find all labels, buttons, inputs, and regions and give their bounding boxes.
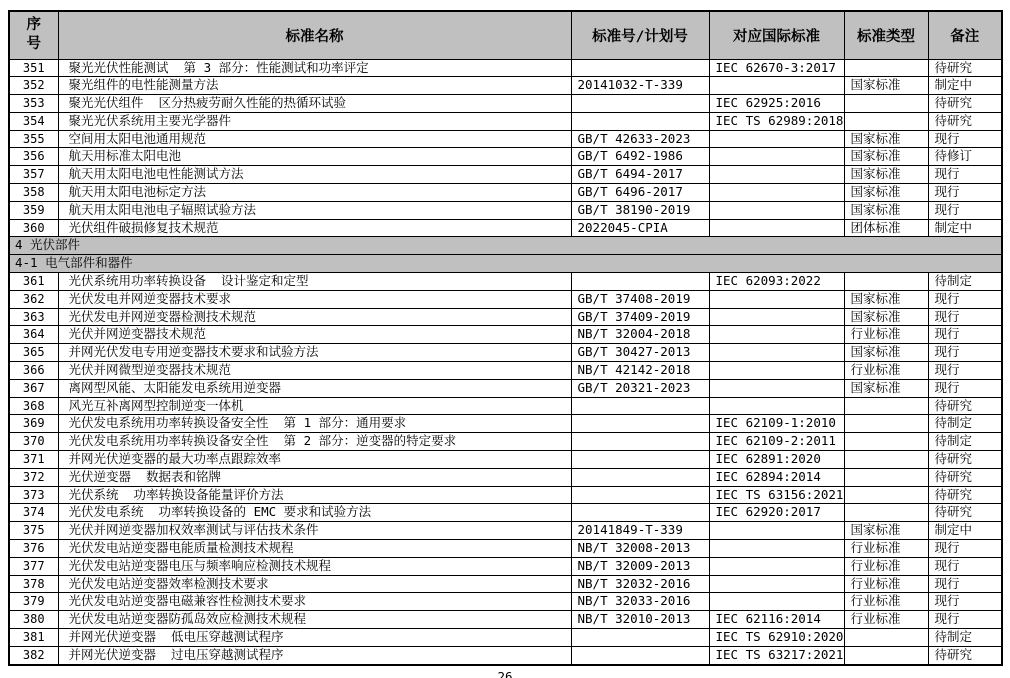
intl-standard-cell — [709, 362, 844, 380]
standard-number-cell: NB/T 42142-2018 — [571, 362, 709, 380]
table-row: 352聚光组件的电性能测量方法20141032-T-339国家标准制定中 — [9, 77, 1002, 95]
standard-number-cell: GB/T 38190-2019 — [571, 201, 709, 219]
serial-cell: 373 — [9, 486, 58, 504]
standard-name-cell: 离网型风能、太阳能发电系统用逆变器 — [58, 379, 571, 397]
standard-number-cell — [571, 504, 709, 522]
intl-standard-cell — [709, 344, 844, 362]
intl-standard-cell — [709, 77, 844, 95]
standard-type-cell: 团体标准 — [844, 219, 928, 237]
standard-type-cell: 行业标准 — [844, 611, 928, 629]
intl-standard-cell — [709, 593, 844, 611]
standard-number-cell: NB/T 32008-2013 — [571, 540, 709, 558]
standard-name-cell: 并网光伏逆变器的最大功率点跟踪效率 — [58, 451, 571, 469]
standards-table: 序号 标准名称 标准号/计划号 对应国际标准 标准类型 备注 351聚光光伏性能… — [8, 10, 1003, 666]
remark-cell: 现行 — [928, 166, 1002, 184]
table-row: 378光伏发电站逆变器效率检测技术要求NB/T 32032-2016行业标准现行 — [9, 575, 1002, 593]
header-intl-standard: 对应国际标准 — [709, 11, 844, 59]
standard-name-cell: 光伏发电并网逆变器检测技术规范 — [58, 308, 571, 326]
standard-name-cell: 并网光伏逆变器 低电压穿越测试程序 — [58, 629, 571, 647]
table-row: 365并网光伏发电专用逆变器技术要求和试验方法GB/T 30427-2013国家… — [9, 344, 1002, 362]
table-row: 372光伏逆变器 数据表和铭牌IEC 62894:2014待研究 — [9, 468, 1002, 486]
standard-number-cell: NB/T 32032-2016 — [571, 575, 709, 593]
standard-name-cell: 航天用太阳电池电性能测试方法 — [58, 166, 571, 184]
standard-type-cell: 国家标准 — [844, 522, 928, 540]
standard-number-cell: NB/T 32009-2013 — [571, 557, 709, 575]
remark-cell: 现行 — [928, 379, 1002, 397]
serial-cell: 360 — [9, 219, 58, 237]
standard-type-cell: 国家标准 — [844, 148, 928, 166]
intl-standard-cell — [709, 575, 844, 593]
table-row: 379光伏发电站逆变器电磁兼容性检测技术要求NB/T 32033-2016行业标… — [9, 593, 1002, 611]
table-row: 380光伏发电站逆变器防孤岛效应检测技术规程NB/T 32010-2013IEC… — [9, 611, 1002, 629]
section-label: 4-1 电气部件和器件 — [9, 255, 1002, 273]
intl-standard-cell: IEC TS 62910:2020 — [709, 629, 844, 647]
intl-standard-cell — [709, 522, 844, 540]
intl-standard-cell — [709, 557, 844, 575]
standard-name-cell: 并网光伏发电专用逆变器技术要求和试验方法 — [58, 344, 571, 362]
section-row: 4 光伏部件 — [9, 237, 1002, 255]
intl-standard-cell: IEC 62109-1:2010 — [709, 415, 844, 433]
serial-cell: 365 — [9, 344, 58, 362]
standard-type-cell — [844, 646, 928, 664]
remark-cell: 现行 — [928, 184, 1002, 202]
standard-number-cell — [571, 646, 709, 664]
serial-cell: 371 — [9, 451, 58, 469]
serial-cell: 366 — [9, 362, 58, 380]
serial-cell: 359 — [9, 201, 58, 219]
remark-cell: 待研究 — [928, 504, 1002, 522]
remark-cell: 待研究 — [928, 646, 1002, 664]
remark-cell: 待制定 — [928, 629, 1002, 647]
section-label: 4 光伏部件 — [9, 237, 1002, 255]
remark-cell: 现行 — [928, 344, 1002, 362]
standard-name-cell: 光伏发电站逆变器效率检测技术要求 — [58, 575, 571, 593]
serial-cell: 364 — [9, 326, 58, 344]
remark-cell: 待制定 — [928, 433, 1002, 451]
standard-type-cell — [844, 112, 928, 130]
standard-name-cell: 光伏逆变器 数据表和铭牌 — [58, 468, 571, 486]
serial-cell: 353 — [9, 95, 58, 113]
table-row: 363光伏发电并网逆变器检测技术规范GB/T 37409-2019国家标准现行 — [9, 308, 1002, 326]
serial-cell: 369 — [9, 415, 58, 433]
standard-name-cell: 聚光光伏系统用主要光学器件 — [58, 112, 571, 130]
intl-standard-cell: IEC 62894:2014 — [709, 468, 844, 486]
header-row: 序号 标准名称 标准号/计划号 对应国际标准 标准类型 备注 — [9, 11, 1002, 59]
standard-number-cell — [571, 433, 709, 451]
intl-standard-cell — [709, 308, 844, 326]
intl-standard-cell: IEC 62109-2:2011 — [709, 433, 844, 451]
standard-name-cell: 光伏发电站逆变器电磁兼容性检测技术要求 — [58, 593, 571, 611]
standard-name-cell: 风光互补离网型控制逆变一体机 — [58, 397, 571, 415]
standard-number-cell — [571, 59, 709, 77]
serial-cell: 357 — [9, 166, 58, 184]
standard-name-cell: 光伏发电系统用功率转换设备安全性 第 2 部分：逆变器的特定要求 — [58, 433, 571, 451]
standard-type-cell — [844, 95, 928, 113]
standard-number-cell: GB/T 37408-2019 — [571, 290, 709, 308]
serial-cell: 352 — [9, 77, 58, 95]
standard-name-cell: 光伏并网逆变器技术规范 — [58, 326, 571, 344]
table-row: 354聚光光伏系统用主要光学器件IEC TS 62989:2018待研究 — [9, 112, 1002, 130]
table-row: 355空间用太阳电池通用规范GB/T 42633-2023国家标准现行 — [9, 130, 1002, 148]
table-row: 356航天用标准太阳电池GB/T 6492-1986国家标准待修订 — [9, 148, 1002, 166]
standard-name-cell: 光伏发电系统 功率转换设备的 EMC 要求和试验方法 — [58, 504, 571, 522]
table-row: 377光伏发电站逆变器电压与频率响应检测技术规程NB/T 32009-2013行… — [9, 557, 1002, 575]
standard-name-cell: 光伏系统用功率转换设备 设计鉴定和定型 — [58, 273, 571, 291]
standard-name-cell: 光伏发电并网逆变器技术要求 — [58, 290, 571, 308]
serial-cell: 351 — [9, 59, 58, 77]
header-standard-name: 标准名称 — [58, 11, 571, 59]
standard-name-cell: 光伏系统 功率转换设备能量评价方法 — [58, 486, 571, 504]
standard-number-cell: 20141032-T-339 — [571, 77, 709, 95]
standard-number-cell — [571, 273, 709, 291]
remark-cell: 现行 — [928, 362, 1002, 380]
table-row: 364光伏并网逆变器技术规范NB/T 32004-2018行业标准现行 — [9, 326, 1002, 344]
standard-number-cell — [571, 451, 709, 469]
table-row: 353聚光光伏组件 区分热疲劳耐久性能的热循环试验IEC 62925:2016待… — [9, 95, 1002, 113]
standard-number-cell — [571, 415, 709, 433]
header-remark: 备注 — [928, 11, 1002, 59]
standard-type-cell: 国家标准 — [844, 379, 928, 397]
serial-cell: 379 — [9, 593, 58, 611]
table-row: 368风光互补离网型控制逆变一体机待研究 — [9, 397, 1002, 415]
standard-type-cell: 国家标准 — [844, 77, 928, 95]
table-row: 371并网光伏逆变器的最大功率点跟踪效率IEC 62891:2020待研究 — [9, 451, 1002, 469]
remark-cell: 现行 — [928, 201, 1002, 219]
serial-cell: 355 — [9, 130, 58, 148]
intl-standard-cell — [709, 397, 844, 415]
standard-type-cell: 行业标准 — [844, 540, 928, 558]
remark-cell: 待研究 — [928, 112, 1002, 130]
header-serial-number: 序号 — [9, 11, 58, 59]
serial-cell: 361 — [9, 273, 58, 291]
standard-number-cell: GB/T 6492-1986 — [571, 148, 709, 166]
standard-type-cell: 行业标准 — [844, 362, 928, 380]
intl-standard-cell — [709, 184, 844, 202]
standard-name-cell: 空间用太阳电池通用规范 — [58, 130, 571, 148]
standard-name-cell: 光伏发电系统用功率转换设备安全性 第 1 部分：通用要求 — [58, 415, 571, 433]
remark-cell: 待研究 — [928, 451, 1002, 469]
table-row: 376光伏发电站逆变器电能质量检测技术规程NB/T 32008-2013行业标准… — [9, 540, 1002, 558]
table-row: 369光伏发电系统用功率转换设备安全性 第 1 部分：通用要求IEC 62109… — [9, 415, 1002, 433]
serial-cell: 381 — [9, 629, 58, 647]
header-standard-type: 标准类型 — [844, 11, 928, 59]
intl-standard-cell: IEC 62920:2017 — [709, 504, 844, 522]
standard-type-cell — [844, 468, 928, 486]
serial-cell: 377 — [9, 557, 58, 575]
intl-standard-cell: IEC TS 62989:2018 — [709, 112, 844, 130]
standard-type-cell: 国家标准 — [844, 344, 928, 362]
remark-cell: 制定中 — [928, 77, 1002, 95]
remark-cell: 现行 — [928, 575, 1002, 593]
standard-number-cell: NB/T 32004-2018 — [571, 326, 709, 344]
standard-type-cell: 行业标准 — [844, 593, 928, 611]
intl-standard-cell — [709, 326, 844, 344]
standard-type-cell — [844, 273, 928, 291]
standard-name-cell: 聚光光伏组件 区分热疲劳耐久性能的热循环试验 — [58, 95, 571, 113]
remark-cell: 现行 — [928, 308, 1002, 326]
serial-cell: 354 — [9, 112, 58, 130]
table-row: 360光伏组件破损修复技术规范2022045-CPIA团体标准制定中 — [9, 219, 1002, 237]
standard-name-cell: 聚光组件的电性能测量方法 — [58, 77, 571, 95]
intl-standard-cell — [709, 166, 844, 184]
standard-name-cell: 航天用太阳电池电子辐照试验方法 — [58, 201, 571, 219]
remark-cell: 现行 — [928, 557, 1002, 575]
remark-cell: 待修订 — [928, 148, 1002, 166]
standard-type-cell: 国家标准 — [844, 166, 928, 184]
section-row: 4-1 电气部件和器件 — [9, 255, 1002, 273]
standard-name-cell: 航天用标准太阳电池 — [58, 148, 571, 166]
standard-number-cell: GB/T 20321-2023 — [571, 379, 709, 397]
standard-number-cell: GB/T 6494-2017 — [571, 166, 709, 184]
standard-type-cell — [844, 397, 928, 415]
standard-name-cell: 聚光光伏性能测试 第 3 部分：性能测试和功率评定 — [58, 59, 571, 77]
intl-standard-cell: IEC 62670-3:2017 — [709, 59, 844, 77]
intl-standard-cell — [709, 379, 844, 397]
table-row: 359航天用太阳电池电子辐照试验方法GB/T 38190-2019国家标准现行 — [9, 201, 1002, 219]
remark-cell: 现行 — [928, 593, 1002, 611]
serial-cell: 358 — [9, 184, 58, 202]
standard-number-cell — [571, 629, 709, 647]
standard-type-cell — [844, 433, 928, 451]
serial-cell: 362 — [9, 290, 58, 308]
table-row: 367离网型风能、太阳能发电系统用逆变器GB/T 20321-2023国家标准现… — [9, 379, 1002, 397]
standard-number-cell — [571, 486, 709, 504]
standard-type-cell — [844, 504, 928, 522]
remark-cell: 待研究 — [928, 486, 1002, 504]
standard-type-cell: 行业标准 — [844, 557, 928, 575]
intl-standard-cell: IEC TS 63217:2021 — [709, 646, 844, 664]
remark-cell: 现行 — [928, 611, 1002, 629]
serial-cell: 368 — [9, 397, 58, 415]
intl-standard-cell: IEC TS 63156:2021 — [709, 486, 844, 504]
remark-cell: 待研究 — [928, 95, 1002, 113]
standard-name-cell: 并网光伏逆变器 过电压穿越测试程序 — [58, 646, 571, 664]
table-row: 382并网光伏逆变器 过电压穿越测试程序IEC TS 63217:2021待研究 — [9, 646, 1002, 664]
remark-cell: 待制定 — [928, 273, 1002, 291]
table-row: 366光伏并网微型逆变器技术规范NB/T 42142-2018行业标准现行 — [9, 362, 1002, 380]
standard-type-cell: 行业标准 — [844, 575, 928, 593]
table-row: 374光伏发电系统 功率转换设备的 EMC 要求和试验方法IEC 62920:2… — [9, 504, 1002, 522]
intl-standard-cell — [709, 130, 844, 148]
standard-number-cell: GB/T 30427-2013 — [571, 344, 709, 362]
standard-type-cell: 国家标准 — [844, 308, 928, 326]
intl-standard-cell: IEC 62891:2020 — [709, 451, 844, 469]
standard-name-cell: 光伏发电站逆变器电压与频率响应检测技术规程 — [58, 557, 571, 575]
intl-standard-cell — [709, 201, 844, 219]
table-row: 381并网光伏逆变器 低电压穿越测试程序IEC TS 62910:2020待制定 — [9, 629, 1002, 647]
intl-standard-cell — [709, 290, 844, 308]
standard-type-cell: 国家标准 — [844, 290, 928, 308]
remark-cell: 待研究 — [928, 397, 1002, 415]
intl-standard-cell: IEC 62925:2016 — [709, 95, 844, 113]
serial-cell: 376 — [9, 540, 58, 558]
remark-cell: 制定中 — [928, 522, 1002, 540]
standard-name-cell: 光伏并网微型逆变器技术规范 — [58, 362, 571, 380]
serial-cell: 375 — [9, 522, 58, 540]
serial-cell: 356 — [9, 148, 58, 166]
intl-standard-cell: IEC 62116:2014 — [709, 611, 844, 629]
standard-number-cell: NB/T 32010-2013 — [571, 611, 709, 629]
serial-cell: 374 — [9, 504, 58, 522]
intl-standard-cell — [709, 219, 844, 237]
standard-number-cell — [571, 112, 709, 130]
standard-name-cell: 光伏并网逆变器加权效率测试与评估技术条件 — [58, 522, 571, 540]
remark-cell: 待制定 — [928, 415, 1002, 433]
intl-standard-cell — [709, 540, 844, 558]
serial-cell: 363 — [9, 308, 58, 326]
table-row: 357航天用太阳电池电性能测试方法GB/T 6494-2017国家标准现行 — [9, 166, 1002, 184]
table-row: 351聚光光伏性能测试 第 3 部分：性能测试和功率评定IEC 62670-3:… — [9, 59, 1002, 77]
standard-type-cell — [844, 629, 928, 647]
serial-cell: 367 — [9, 379, 58, 397]
table-row: 373光伏系统 功率转换设备能量评价方法IEC TS 63156:2021待研究 — [9, 486, 1002, 504]
table-row: 358航天用太阳电池标定方法GB/T 6496-2017国家标准现行 — [9, 184, 1002, 202]
standard-type-cell — [844, 415, 928, 433]
table-row: 362光伏发电并网逆变器技术要求GB/T 37408-2019国家标准现行 — [9, 290, 1002, 308]
table-row: 370光伏发电系统用功率转换设备安全性 第 2 部分：逆变器的特定要求IEC 6… — [9, 433, 1002, 451]
header-serial-number-label: 序号 — [26, 16, 42, 55]
standard-number-cell — [571, 468, 709, 486]
table-row: 375光伏并网逆变器加权效率测试与评估技术条件20141849-T-339国家标… — [9, 522, 1002, 540]
serial-cell: 372 — [9, 468, 58, 486]
standard-name-cell: 光伏发电站逆变器电能质量检测技术规程 — [58, 540, 571, 558]
serial-cell: 380 — [9, 611, 58, 629]
table-row: 361光伏系统用功率转换设备 设计鉴定和定型IEC 62093:2022待制定 — [9, 273, 1002, 291]
standard-type-cell — [844, 59, 928, 77]
standard-type-cell: 国家标准 — [844, 184, 928, 202]
serial-cell: 370 — [9, 433, 58, 451]
remark-cell: 现行 — [928, 326, 1002, 344]
standard-number-cell: GB/T 6496-2017 — [571, 184, 709, 202]
standard-type-cell: 国家标准 — [844, 130, 928, 148]
remark-cell: 待研究 — [928, 59, 1002, 77]
serial-cell: 382 — [9, 646, 58, 664]
standard-name-cell: 航天用太阳电池标定方法 — [58, 184, 571, 202]
standard-number-cell: 2022045-CPIA — [571, 219, 709, 237]
remark-cell: 制定中 — [928, 219, 1002, 237]
standard-number-cell — [571, 397, 709, 415]
standard-number-cell: 20141849-T-339 — [571, 522, 709, 540]
header-standard-number: 标准号/计划号 — [571, 11, 709, 59]
standard-type-cell: 行业标准 — [844, 326, 928, 344]
remark-cell: 现行 — [928, 540, 1002, 558]
serial-cell: 378 — [9, 575, 58, 593]
intl-standard-cell — [709, 148, 844, 166]
standard-type-cell — [844, 486, 928, 504]
standard-name-cell: 光伏发电站逆变器防孤岛效应检测技术规程 — [58, 611, 571, 629]
standard-number-cell: NB/T 32033-2016 — [571, 593, 709, 611]
standard-type-cell: 国家标准 — [844, 201, 928, 219]
standard-name-cell: 光伏组件破损修复技术规范 — [58, 219, 571, 237]
intl-standard-cell: IEC 62093:2022 — [709, 273, 844, 291]
remark-cell: 现行 — [928, 130, 1002, 148]
remark-cell: 待研究 — [928, 468, 1002, 486]
standard-number-cell: GB/T 37409-2019 — [571, 308, 709, 326]
page-number: 26 — [0, 669, 1010, 678]
standard-number-cell — [571, 95, 709, 113]
standard-number-cell: GB/T 42633-2023 — [571, 130, 709, 148]
standard-type-cell — [844, 451, 928, 469]
remark-cell: 现行 — [928, 290, 1002, 308]
